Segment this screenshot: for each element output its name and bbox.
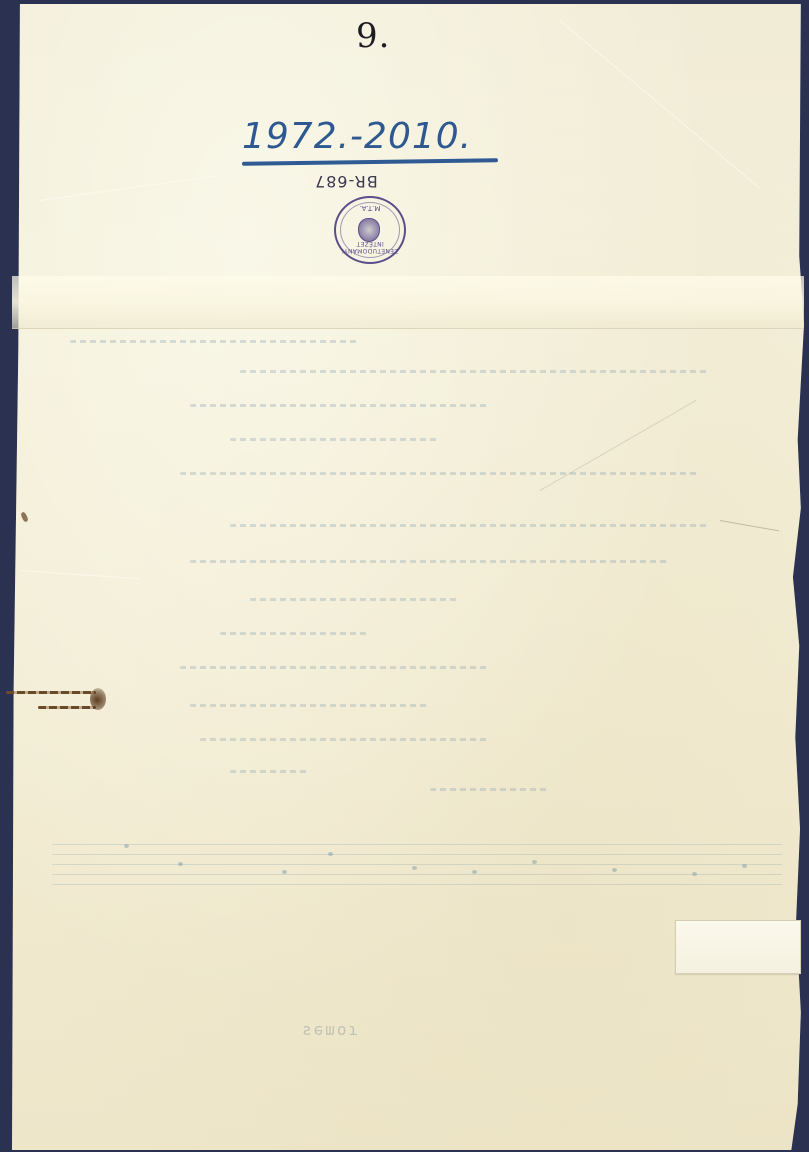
stain-stroke: [6, 691, 96, 694]
staff-line: [52, 854, 782, 855]
bleed-through-line: [250, 598, 460, 601]
note-mark: [742, 864, 747, 868]
note-mark: [692, 872, 697, 876]
bleed-through-line: [190, 404, 490, 407]
paper-repair-patch: [675, 920, 801, 974]
bleed-through-line: [230, 770, 310, 773]
bleed-through-line: [430, 788, 550, 791]
bleed-through-line: [70, 340, 360, 343]
note-mark: [532, 860, 537, 864]
music-staff-bleed: [52, 840, 782, 888]
stain-stroke: [38, 706, 96, 709]
staff-line: [52, 844, 782, 845]
bleed-through-line: [190, 704, 430, 707]
note-mark: [178, 862, 183, 866]
rust-stain: [6, 688, 102, 714]
staff-line: [52, 874, 782, 875]
bleed-through-line: [180, 666, 490, 669]
bleed-through-line: [200, 738, 490, 741]
staff-line: [52, 884, 782, 885]
bleed-through-line: [240, 370, 710, 373]
note-mark: [472, 870, 477, 874]
staff-line: [52, 864, 782, 865]
note-mark: [282, 870, 287, 874]
bleed-through-line: [230, 438, 440, 441]
fold-band: [12, 276, 804, 329]
bleed-through-line: [190, 560, 670, 563]
shelfmark: BR-687: [314, 172, 378, 191]
note-mark: [328, 852, 333, 856]
page-number: 9.: [356, 16, 390, 56]
note-mark: [124, 844, 129, 848]
note-mark: [612, 868, 617, 872]
note-mark: [412, 866, 417, 870]
bleed-through-line: [230, 524, 710, 527]
stain-blob: [90, 688, 106, 710]
scanned-page: 9. 1972.-2010. BR-687 ZENETUDOMÁNYI INTÉ…: [0, 0, 809, 1152]
stamp-bottom-text: M.T.A.: [336, 204, 404, 212]
stamp-top-text: ZENETUDOMÁNYI INTÉZET: [336, 240, 404, 254]
library-stamp: ZENETUDOMÁNYI INTÉZET M.T.A.: [334, 196, 406, 264]
bottom-bleed-text: ɾoɯǝs: [300, 1020, 358, 1039]
crest-icon: [358, 218, 380, 242]
bleed-through-line: [180, 472, 700, 475]
bleed-through-line: [220, 632, 370, 635]
date-range-annotation: 1972.-2010.: [242, 116, 472, 157]
